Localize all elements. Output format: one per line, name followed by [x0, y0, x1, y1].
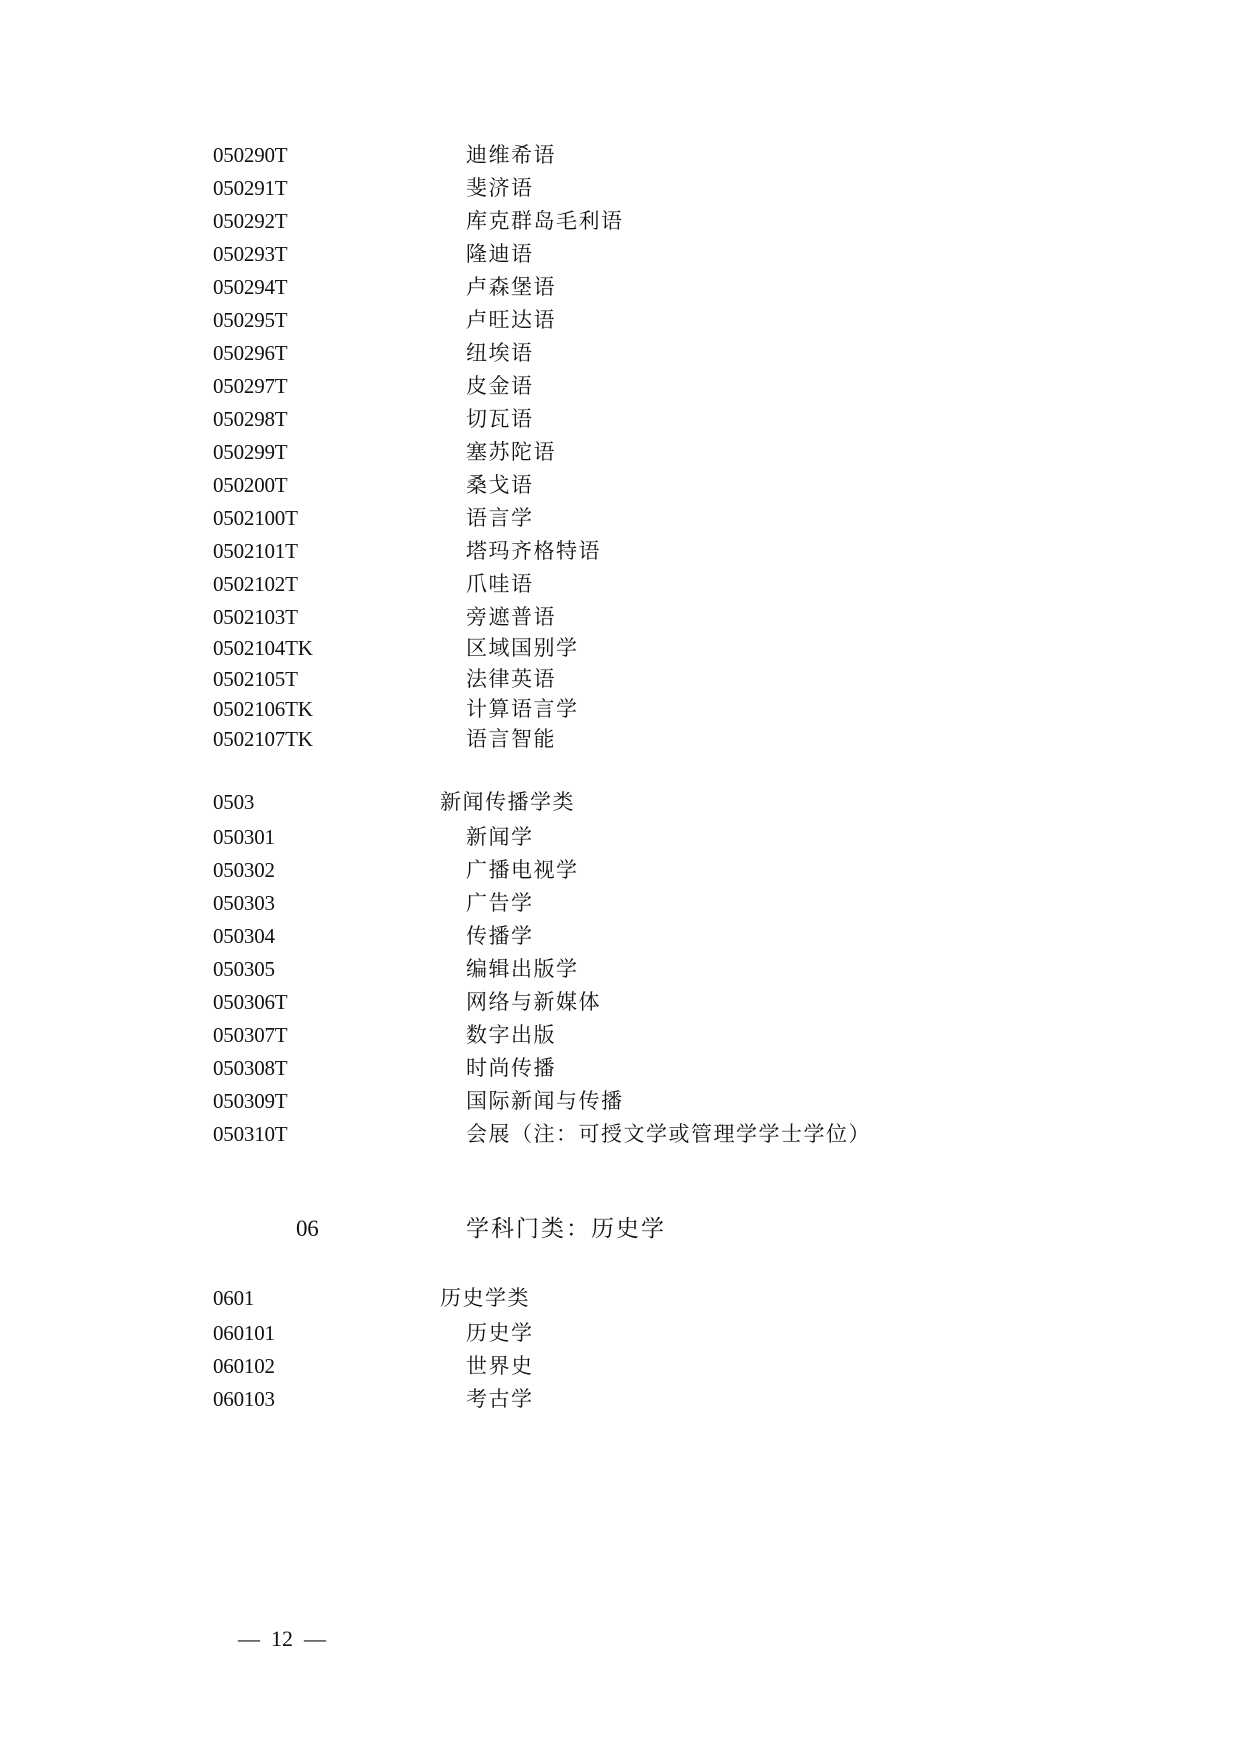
major-row: 050293T隆迪语	[0, 239, 1241, 269]
major-row: 050296T纽埃语	[0, 338, 1241, 368]
row-name: 切瓦语	[466, 404, 534, 434]
major-row: 050302广播电视学	[0, 855, 1241, 885]
row-name: 新闻传播学类	[440, 787, 575, 817]
major-row: 060101历史学	[0, 1318, 1241, 1348]
row-name: 传播学	[466, 921, 534, 951]
row-name: 数字出版	[466, 1020, 556, 1050]
row-name: 国际新闻与传播	[466, 1086, 624, 1116]
row-name: 时尚传播	[466, 1053, 556, 1083]
row-name: 斐济语	[466, 173, 534, 203]
row-code: 0502107TK	[213, 724, 313, 754]
category-row: 0503新闻传播学类	[0, 787, 1241, 817]
row-name: 隆迪语	[466, 239, 534, 269]
document-page: 050290T迪维希语050291T斐济语050292T库克群岛毛利语05029…	[0, 0, 1241, 1755]
major-row: 060103考古学	[0, 1384, 1241, 1414]
major-row: 050309T国际新闻与传播	[0, 1086, 1241, 1116]
row-code: 050296T	[213, 338, 287, 368]
major-row: 060102世界史	[0, 1351, 1241, 1381]
major-row: 050297T皮金语	[0, 371, 1241, 401]
row-name: 纽埃语	[466, 338, 534, 368]
row-code: 050297T	[213, 371, 287, 401]
row-code: 050305	[213, 954, 275, 984]
major-row: 050200T桑戈语	[0, 470, 1241, 500]
row-name: 网络与新媒体	[466, 987, 601, 1017]
major-row: 0502105T法律英语	[0, 664, 1241, 694]
row-code: 050200T	[213, 470, 287, 500]
major-row: 0502100T语言学	[0, 503, 1241, 533]
row-code: 0601	[213, 1283, 254, 1313]
row-name: 卢旺达语	[466, 305, 556, 335]
major-row: 050305编辑出版学	[0, 954, 1241, 984]
row-name: 计算语言学	[466, 694, 579, 724]
row-code: 050301	[213, 822, 275, 852]
row-name: 广告学	[466, 888, 534, 918]
row-code: 0502101T	[213, 536, 298, 566]
row-name: 语言学	[466, 503, 534, 533]
row-code: 060103	[213, 1384, 275, 1414]
row-code: 050309T	[213, 1086, 287, 1116]
major-row: 050301新闻学	[0, 822, 1241, 852]
row-code: 050302	[213, 855, 275, 885]
major-row: 050303广告学	[0, 888, 1241, 918]
row-name: 塞苏陀语	[466, 437, 556, 467]
row-name: 迪维希语	[466, 140, 556, 170]
row-code: 060101	[213, 1318, 275, 1348]
row-code: 050298T	[213, 404, 287, 434]
row-name: 历史学	[466, 1318, 534, 1348]
row-code: 0503	[213, 787, 254, 817]
row-code: 0502106TK	[213, 694, 313, 724]
major-row: 050307T数字出版	[0, 1020, 1241, 1050]
major-row: 050306T网络与新媒体	[0, 987, 1241, 1017]
row-name: 会展（注：可授文学或管理学学士学位）	[466, 1119, 871, 1149]
major-row: 050308T时尚传播	[0, 1053, 1241, 1083]
row-code: 050307T	[213, 1020, 287, 1050]
row-code: 050299T	[213, 437, 287, 467]
row-code: 050306T	[213, 987, 287, 1017]
row-name: 桑戈语	[466, 470, 534, 500]
row-code: 050292T	[213, 206, 287, 236]
major-row: 0502104TK区域国别学	[0, 633, 1241, 663]
row-code: 050293T	[213, 239, 287, 269]
row-code: 050308T	[213, 1053, 287, 1083]
row-name: 考古学	[466, 1384, 534, 1414]
page-number: — 12 —	[238, 1624, 326, 1654]
discipline-row: 06学科门类：历史学	[0, 1214, 1241, 1244]
row-name: 广播电视学	[466, 855, 579, 885]
major-row: 0502102T爪哇语	[0, 569, 1241, 599]
row-code: 06	[296, 1214, 319, 1244]
row-code: 0502104TK	[213, 633, 313, 663]
row-name: 编辑出版学	[466, 954, 579, 984]
row-name: 皮金语	[466, 371, 534, 401]
major-row: 050299T塞苏陀语	[0, 437, 1241, 467]
major-row: 050295T卢旺达语	[0, 305, 1241, 335]
row-code: 0502103T	[213, 602, 298, 632]
major-row: 0502106TK计算语言学	[0, 694, 1241, 724]
category-row: 0601历史学类	[0, 1283, 1241, 1313]
row-code: 050295T	[213, 305, 287, 335]
row-name: 新闻学	[466, 822, 534, 852]
major-row: 050310T会展（注：可授文学或管理学学士学位）	[0, 1119, 1241, 1149]
row-name: 爪哇语	[466, 569, 534, 599]
row-name: 学科门类：历史学	[466, 1214, 666, 1244]
row-code: 050294T	[213, 272, 287, 302]
row-code: 050303	[213, 888, 275, 918]
major-row: 050292T库克群岛毛利语	[0, 206, 1241, 236]
row-code: 0502102T	[213, 569, 298, 599]
major-row: 050298T切瓦语	[0, 404, 1241, 434]
row-name: 世界史	[466, 1351, 534, 1381]
row-name: 旁遮普语	[466, 602, 556, 632]
major-row: 050291T斐济语	[0, 173, 1241, 203]
row-name: 历史学类	[440, 1283, 530, 1313]
major-row: 050294T卢森堡语	[0, 272, 1241, 302]
row-name: 卢森堡语	[466, 272, 556, 302]
row-name: 语言智能	[466, 724, 556, 754]
row-code: 0502105T	[213, 664, 298, 694]
row-name: 区域国别学	[466, 633, 579, 663]
row-name: 塔玛齐格特语	[466, 536, 601, 566]
row-code: 050304	[213, 921, 275, 951]
row-name: 法律英语	[466, 664, 556, 694]
row-code: 0502100T	[213, 503, 298, 533]
major-row: 050290T迪维希语	[0, 140, 1241, 170]
major-row: 050304传播学	[0, 921, 1241, 951]
row-name: 库克群岛毛利语	[466, 206, 624, 236]
row-code: 050291T	[213, 173, 287, 203]
major-row: 0502101T塔玛齐格特语	[0, 536, 1241, 566]
row-code: 060102	[213, 1351, 275, 1381]
major-row: 0502103T旁遮普语	[0, 602, 1241, 632]
row-code: 050310T	[213, 1119, 287, 1149]
major-row: 0502107TK语言智能	[0, 724, 1241, 754]
row-code: 050290T	[213, 140, 287, 170]
